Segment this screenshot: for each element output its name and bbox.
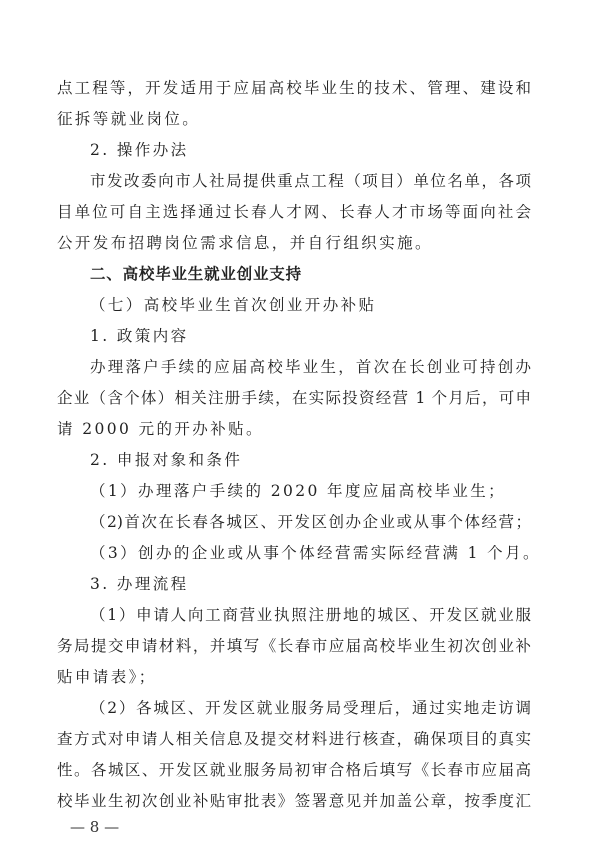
page-number: — 8 —	[70, 818, 119, 836]
body-text-line: 公开发布招聘岗位需求信息，并自行组织实施。	[57, 233, 531, 253]
list-item: （2)首次在长春各城区、开发区创办企业或从事个体经营；	[90, 512, 531, 532]
body-text-line: 贴申请表》；	[57, 667, 531, 687]
body-text-line: 征拆等就业岗位。	[57, 109, 531, 129]
body-text-line: 务局提交申请材料，并填写《长春市应届高校毕业生初次创业补	[57, 636, 531, 656]
body-text-line: 校毕业生初次创业补贴审批表》签署意见并加盖公章，按季度汇	[57, 791, 531, 811]
body-text-line: 查方式对申请人相关信息及提交材料进行核查，确保项目的真实	[57, 729, 531, 749]
list-item: （3）创办的企业或从事个体经营需实际经营满 1 个月。	[90, 543, 531, 563]
body-text-line: 市发改委向市人社局提供重点工程（项目）单位名单，各项	[90, 171, 531, 191]
subsection-heading: 2. 操作办法	[90, 140, 531, 160]
subsection-heading: 2. 申报对象和条件	[90, 450, 531, 470]
body-text-line: 点工程等，开发适用于应届高校毕业生的技术、管理、建设和	[57, 78, 531, 98]
list-item: （2）各城区、开发区就业服务局受理后，通过实地走访调	[90, 698, 531, 718]
body-text-line: 目单位可自主选择通过长春人才网、长春人才市场等面向社会	[57, 202, 531, 222]
list-item: （1）办理落户手续的 2020 年度应届高校毕业生；	[90, 481, 531, 501]
body-text-line: 企业（含个体）相关注册手续，在实际投资经营 1 个月后，可申	[57, 388, 531, 408]
subsection-heading: 1. 政策内容	[90, 326, 531, 346]
section-heading: 二、高校毕业生就业创业支持	[90, 264, 531, 284]
item-heading: （七）高校毕业生首次创业开办补贴	[90, 295, 531, 315]
body-text-line: 请 2000 元的开办补贴。	[57, 419, 531, 439]
list-item: （1）申请人向工商营业执照注册地的城区、开发区就业服	[90, 605, 531, 625]
body-text-line: 办理落户手续的应届高校毕业生，首次在长创业可持创办	[90, 357, 531, 377]
body-text-line: 性。各城区、开发区就业服务局初审合格后填写《长春市应届高	[57, 760, 531, 780]
subsection-heading: 3. 办理流程	[90, 574, 531, 594]
